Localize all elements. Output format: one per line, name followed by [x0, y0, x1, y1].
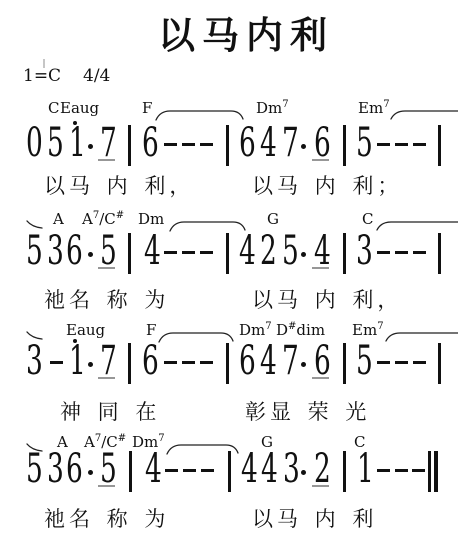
barline: [129, 451, 132, 492]
slur-continuation-hook: [27, 221, 42, 228]
slur-arc: [386, 333, 458, 341]
lyric-phrase: 以马 内 利: [252, 503, 377, 533]
note-digit: 7: [100, 123, 117, 163]
barline: [228, 451, 231, 492]
note: 3: [283, 449, 297, 489]
note-digit: 6: [66, 449, 83, 489]
note-digit: 0: [26, 123, 43, 163]
barline: [226, 343, 229, 384]
note: 5: [356, 123, 370, 163]
duration-dash: [377, 251, 390, 254]
note-digit: 7: [282, 341, 299, 381]
barline: [343, 125, 346, 166]
note: 7: [100, 341, 114, 381]
lyric-phrase: 祂名 称 为: [44, 503, 169, 533]
note-digit: 2: [314, 449, 331, 489]
duration-dash: [412, 469, 425, 472]
barline: [128, 233, 131, 274]
note: 6: [142, 123, 156, 163]
note-digit: 4: [241, 449, 258, 489]
note-digit: 3: [356, 231, 373, 271]
duration-dash: [182, 143, 195, 146]
lyric-phrase: 以马 内 利，: [44, 170, 194, 200]
barline: [343, 343, 346, 384]
duration-dash: [395, 469, 408, 472]
note: 2: [314, 449, 328, 489]
lyric-phrase: 以马 内 利；: [252, 170, 402, 200]
note: 0: [26, 123, 40, 163]
eighth-underline: [312, 267, 329, 269]
note-digit: 4: [239, 231, 256, 271]
eighth-underline: [312, 159, 329, 161]
note-digit: 2: [260, 231, 277, 271]
duration-dash: [413, 361, 426, 364]
barline: [226, 233, 229, 274]
duration-dash: [200, 361, 213, 364]
notes-row: 5365444321: [0, 449, 458, 493]
note: 1: [69, 341, 83, 381]
note: 6: [239, 341, 253, 381]
note-digit: 6: [66, 231, 83, 271]
note-digit: 4: [260, 341, 277, 381]
augmentation-dot: [88, 144, 93, 149]
eighth-underline: [312, 377, 329, 379]
note-digit: 5: [356, 341, 373, 381]
note-digit: 4: [260, 123, 277, 163]
note-digit: 4: [314, 231, 331, 271]
note-digit: 1: [69, 341, 86, 381]
lyric-phrase: 祂名 称 为: [44, 284, 169, 314]
note: 4: [261, 449, 275, 489]
note-digit: 6: [142, 341, 159, 381]
lyric-phrase: 以马 内 利，: [252, 284, 402, 314]
barline: [343, 233, 346, 274]
barline: [438, 343, 441, 384]
note: 7: [282, 341, 296, 381]
note: 7: [100, 123, 114, 163]
final-double-barline: [428, 451, 438, 492]
duration-dash: [395, 251, 408, 254]
augmentation-dot: [301, 252, 306, 257]
note: 5: [356, 341, 370, 381]
duration-dash: [377, 469, 390, 472]
key-signature: 1=C: [23, 66, 61, 86]
barline: [438, 125, 441, 166]
note: 6: [239, 123, 253, 163]
note-digit: 3: [47, 231, 64, 271]
time-signature: 4/4: [83, 66, 110, 86]
note-digit: 4: [145, 449, 162, 489]
note-digit: 6: [239, 123, 256, 163]
note: 3: [356, 231, 370, 271]
augmentation-dot: [88, 362, 93, 367]
note-digit: 6: [239, 341, 256, 381]
duration-dash: [413, 143, 426, 146]
augmentation-dot: [301, 144, 306, 149]
duration-dash: [200, 251, 213, 254]
note: 6: [66, 231, 80, 271]
stray-mark: [43, 59, 45, 68]
note: 4: [260, 123, 274, 163]
note: 6: [66, 449, 80, 489]
barline: [128, 343, 131, 384]
augmentation-dot: [301, 362, 306, 367]
notes-row: 0517664765: [0, 123, 458, 167]
duration-dash: [165, 469, 178, 472]
augmentation-dot: [88, 470, 93, 475]
barline: [438, 233, 441, 274]
barline: [343, 451, 346, 492]
duration-dash: [164, 251, 177, 254]
note: 3: [47, 449, 61, 489]
augmentation-dot: [88, 252, 93, 257]
note-digit: 3: [26, 341, 43, 381]
note-digit: 5: [26, 231, 43, 271]
lyric-phrase: 神 同 在: [60, 396, 160, 426]
note: 4: [314, 231, 328, 271]
eighth-underline: [98, 267, 115, 269]
note: 4: [241, 449, 255, 489]
slur-arc: [391, 111, 458, 119]
note: 5: [26, 449, 40, 489]
sheet-music-page: 以马内利 1=C 4/4 CEaugFDm7Em70517664765以马 内 …: [0, 0, 458, 540]
note: 4: [260, 341, 274, 381]
note: 3: [47, 231, 61, 271]
barline: [226, 125, 229, 166]
duration-dash: [395, 143, 408, 146]
eighth-underline: [98, 377, 115, 379]
duration-dash: [413, 251, 426, 254]
note: 4: [144, 231, 158, 271]
notes-row: 317664765: [0, 341, 458, 385]
note-digit: 4: [261, 449, 278, 489]
note: 1: [357, 449, 371, 489]
note-digit: 6: [142, 123, 159, 163]
note: 5: [282, 231, 296, 271]
duration-dash: [201, 469, 214, 472]
eighth-underline: [98, 485, 115, 487]
note: 1: [69, 123, 83, 163]
note: 6: [142, 341, 156, 381]
eighth-underline: [98, 159, 115, 161]
note-digit: 7: [100, 341, 117, 381]
note-digit: 5: [100, 449, 117, 489]
duration-dash: [164, 361, 177, 364]
duration-dash: [377, 143, 390, 146]
note: 5: [26, 231, 40, 271]
note-digit: 5: [47, 123, 64, 163]
note-digit: 1: [69, 123, 86, 163]
note-digit: 3: [283, 449, 300, 489]
barline: [128, 125, 131, 166]
note-digit: 7: [282, 123, 299, 163]
note: 4: [239, 231, 253, 271]
note: 5: [100, 231, 114, 271]
duration-dash: [395, 361, 408, 364]
note: 3: [26, 341, 40, 381]
note: 2: [260, 231, 274, 271]
note: 4: [145, 449, 159, 489]
duration-dash: [200, 143, 213, 146]
note-digit: 3: [47, 449, 64, 489]
note: 5: [47, 123, 61, 163]
note: 7: [282, 123, 296, 163]
note-digit: 5: [282, 231, 299, 271]
eighth-underline: [312, 485, 329, 487]
song-title: 以马内利: [158, 5, 334, 59]
note-digit: 5: [26, 449, 43, 489]
note-digit: 1: [357, 449, 374, 489]
duration-dash: [50, 361, 63, 364]
duration-dash: [182, 251, 195, 254]
note: 6: [314, 123, 328, 163]
note-digit: 5: [356, 123, 373, 163]
notes-row: 5365442543: [0, 231, 458, 275]
augmentation-dot: [301, 470, 306, 475]
duration-dash: [164, 143, 177, 146]
octave-dot: [73, 121, 77, 125]
lyric-phrase: 彰显 荣 光: [245, 396, 370, 426]
note: 5: [100, 449, 114, 489]
duration-dash: [377, 361, 390, 364]
note: 6: [314, 341, 328, 381]
duration-dash: [182, 361, 195, 364]
note-digit: 6: [314, 123, 331, 163]
note-digit: 6: [314, 341, 331, 381]
note-digit: 5: [100, 231, 117, 271]
duration-dash: [183, 469, 196, 472]
note-digit: 4: [144, 231, 161, 271]
slur-arc: [170, 222, 245, 231]
octave-dot: [73, 339, 77, 343]
slur-arc: [377, 222, 458, 230]
slur-arc: [156, 111, 243, 120]
